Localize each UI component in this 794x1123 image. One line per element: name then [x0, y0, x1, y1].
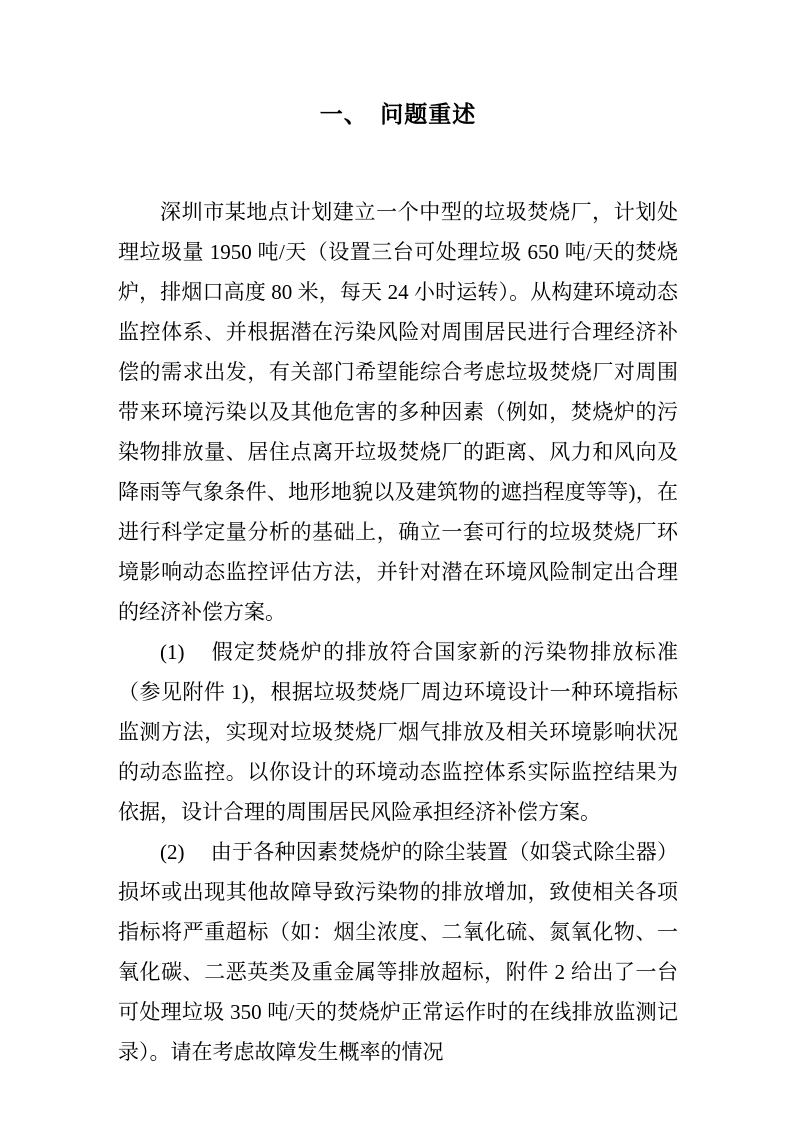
- paragraph-item-2: (2)由于各种因素焚烧炉的除尘装置（如袋式除尘器）损坏或出现其他故障导致污染物的…: [118, 832, 678, 1072]
- list-marker-2: (2): [160, 840, 185, 864]
- document-page: 一、 问题重述 深圳市某地点计划建立一个中型的垃圾焚烧厂，计划处理垃圾量 195…: [0, 0, 794, 1123]
- list-marker-1: (1): [160, 640, 185, 664]
- paragraph-item-1-text: 假定焚烧炉的排放符合国家新的污染物排放标准（参见附件 1)，根据垃圾焚烧厂周边环…: [118, 640, 678, 824]
- paragraph-item-1: (1)假定焚烧炉的排放符合国家新的污染物排放标准（参见附件 1)，根据垃圾焚烧厂…: [118, 632, 678, 832]
- paragraph-item-2-text: 由于各种因素焚烧炉的除尘装置（如袋式除尘器）损坏或出现其他故障导致污染物的排放增…: [118, 840, 678, 1064]
- section-heading: 一、 问题重述: [118, 95, 678, 135]
- paragraph-intro: 深圳市某地点计划建立一个中型的垃圾焚烧厂，计划处理垃圾量 1950 吨/天（设置…: [118, 192, 678, 632]
